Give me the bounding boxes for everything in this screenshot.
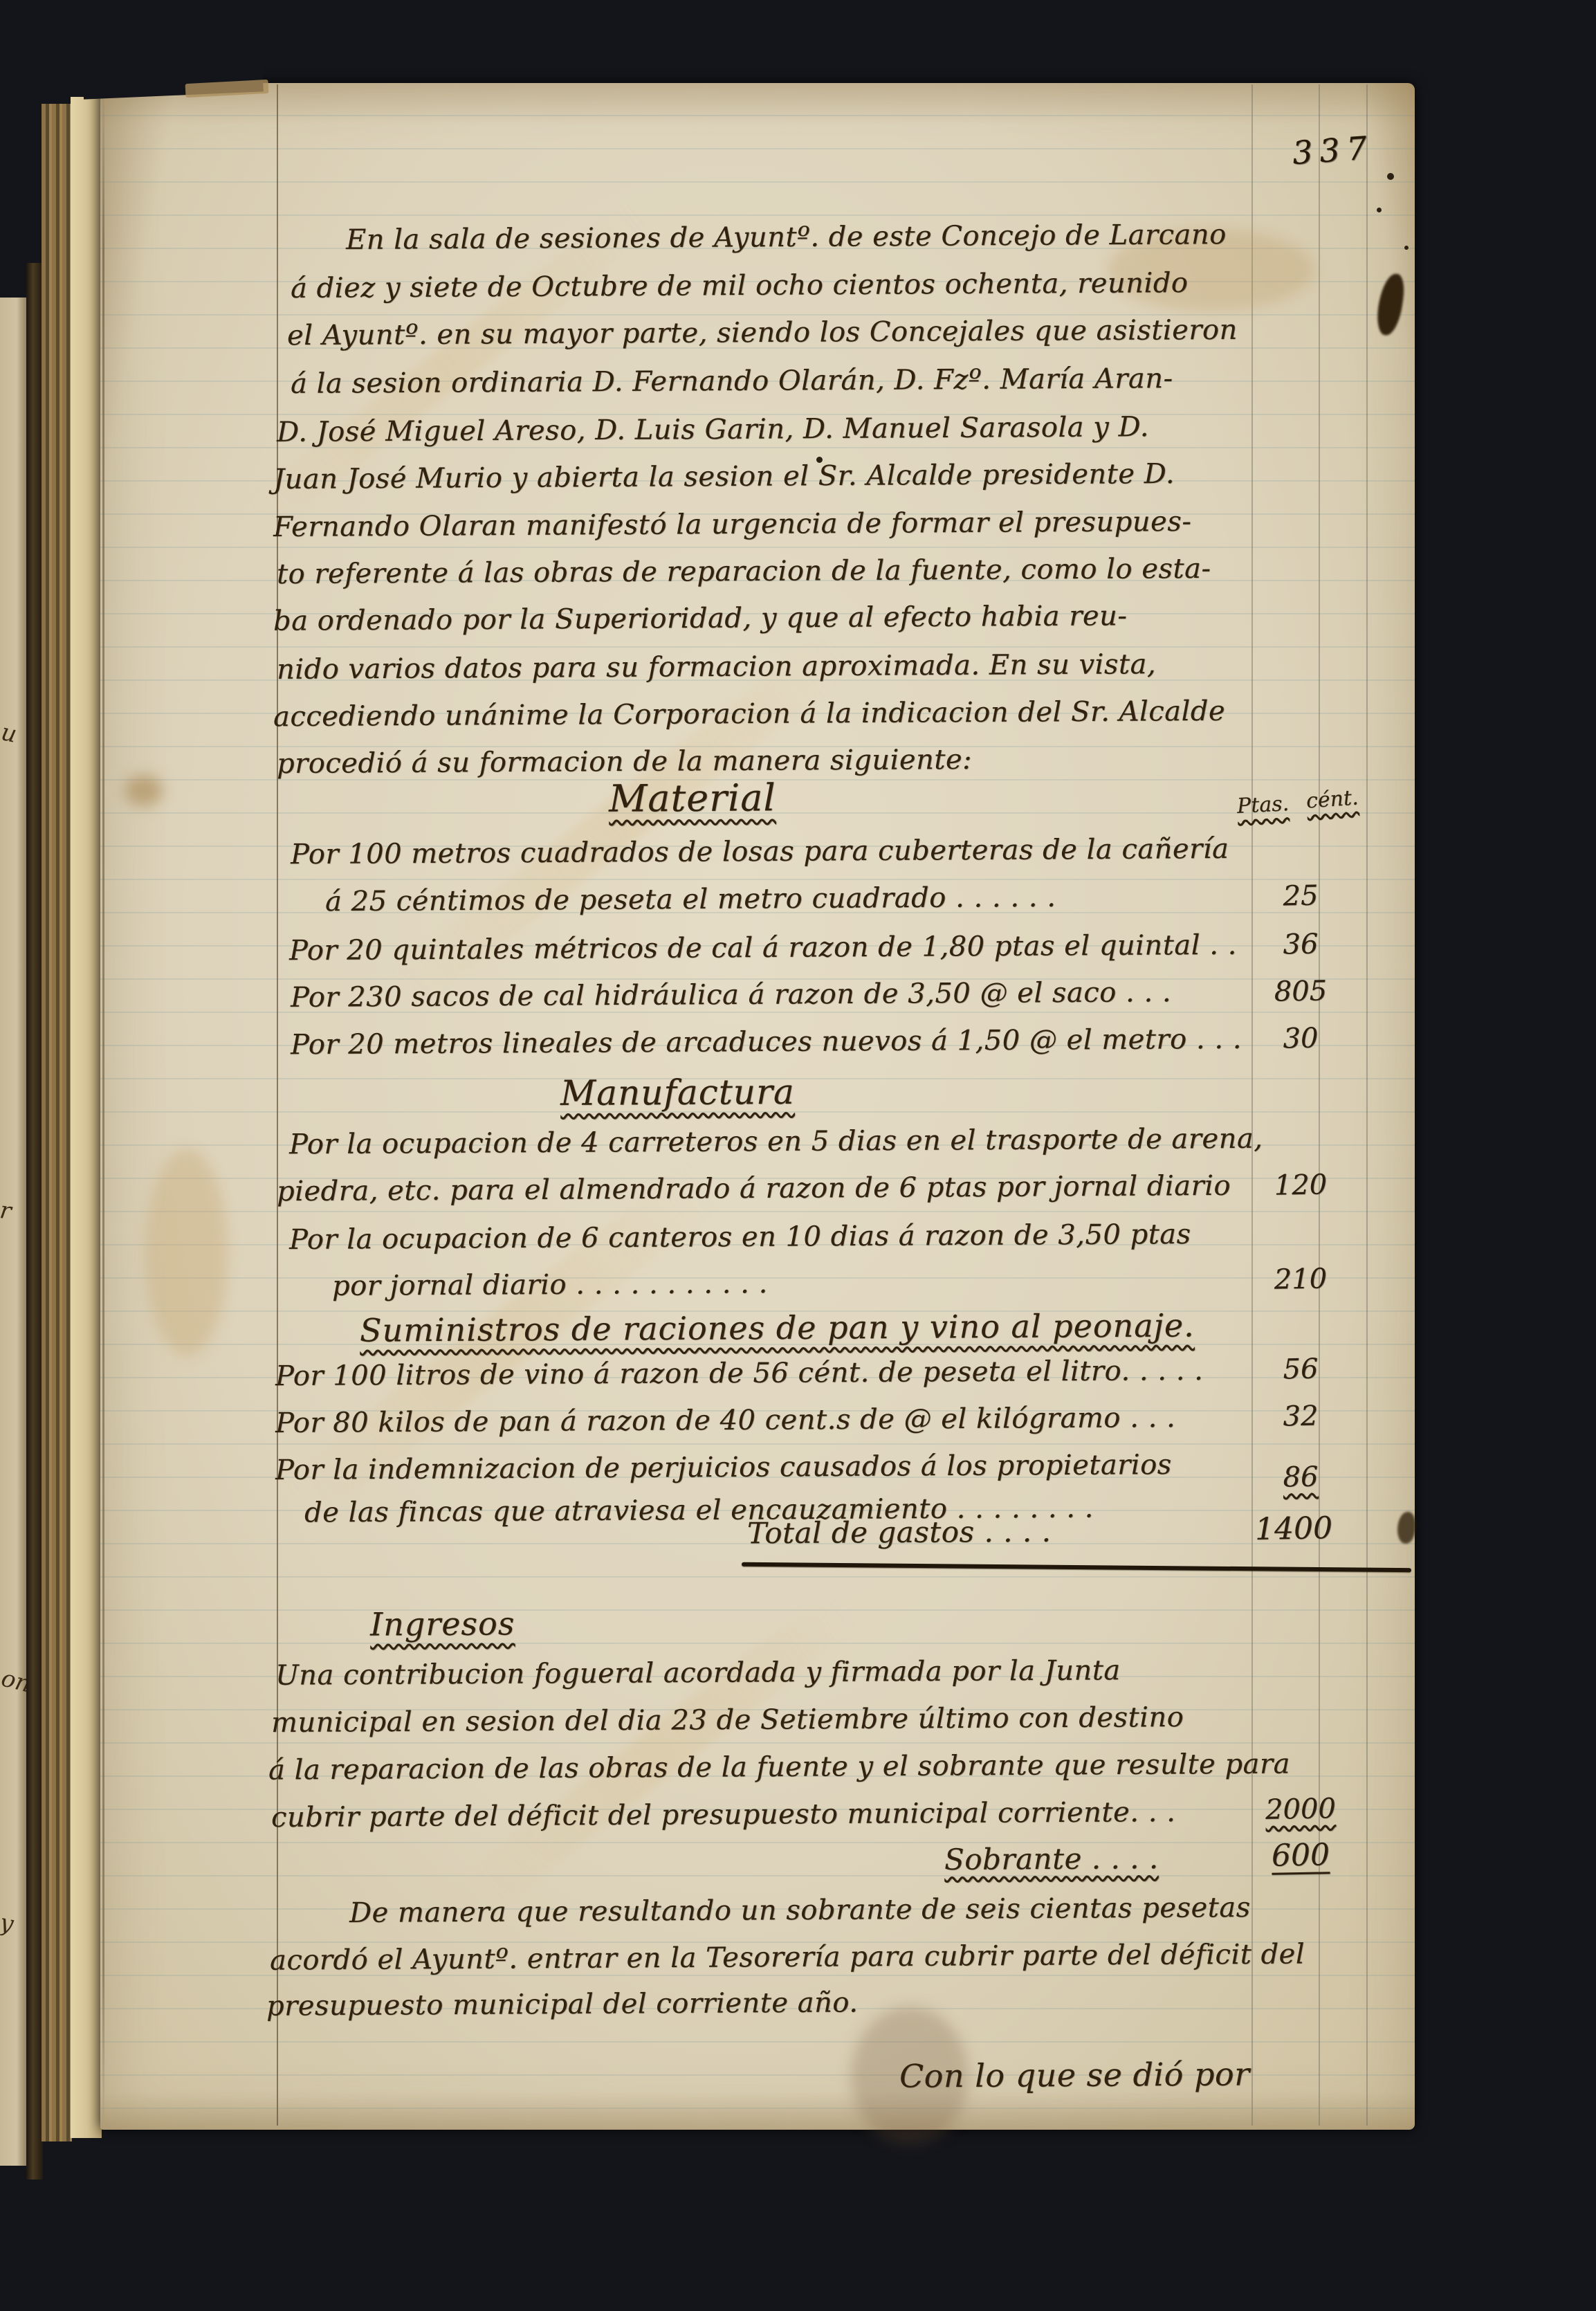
section-heading-material: Material (609, 776, 776, 820)
expense-amount: 30 (1256, 1022, 1346, 1055)
expense-amount: 120 (1256, 1169, 1346, 1202)
section-heading-ingresos: Ingresos (370, 1605, 515, 1643)
expense-line: Por 100 litros de vino á razon de 56 cén… (275, 1355, 1204, 1392)
manuscript-line: ba ordenado por la Superioridad, y que a… (273, 600, 1128, 637)
manuscript-scan: u r on y 337 Ptas. cént. En la sala de s… (0, 0, 1596, 2311)
money-column-rule-1 (1251, 84, 1253, 2126)
total-amount: 1400 (1235, 1510, 1353, 1548)
expense-line: Por la ocupacion de 6 canteros en 10 dia… (289, 1218, 1191, 1256)
section-heading-suministros: Suministros de raciones de pan y vino al… (360, 1306, 1195, 1349)
manuscript-line: nido varios datos para su formacion apro… (277, 648, 1156, 686)
expense-amount: 56 (1256, 1353, 1346, 1386)
binding-fold (26, 263, 43, 2180)
income-line: á la reparacion de las obras de la fuent… (268, 1748, 1290, 1786)
manuscript-line: Con lo que se dió por (899, 2055, 1250, 2094)
manuscript-line: to referente á las obras de reparacion d… (277, 553, 1211, 590)
manuscript-line: el Ayuntº. en su mayor parte, siendo los… (287, 314, 1238, 351)
income-line: cubrir parte del déficit del presupuesto… (271, 1796, 1176, 1834)
manuscript-line: De manera que resultando un sobrante de … (349, 1892, 1251, 1929)
gutter-crease (102, 83, 104, 2130)
expense-line: Por la indemnizacion de perjuicios causa… (275, 1449, 1172, 1486)
stain-spot (125, 775, 163, 806)
manuscript-line: Juan José Murio y abierta la sesion el S… (273, 458, 1175, 495)
manuscript-line: procedió á su formacion de la manera sig… (277, 744, 972, 780)
page-edges (42, 104, 72, 2141)
total-label: Total de gastos . . . . (747, 1515, 1052, 1551)
expense-line: Por 80 kilos de pan á razon de 40 cent.s… (275, 1402, 1175, 1439)
expense-line: Por 20 quintales métricos de cal á razon… (289, 929, 1237, 967)
manuscript-line: á la sesion ordinaria D. Fernando Olarán… (291, 363, 1173, 400)
manuscript-line: presupuesto municipal del corriente año. (266, 1986, 859, 2022)
column-header-pesetas: Ptas. (1236, 792, 1290, 819)
expense-amount: 210 (1256, 1263, 1346, 1296)
expense-amount: 25 (1256, 879, 1346, 913)
expense-line: Por 20 metros lineales de arcaduces nuev… (291, 1023, 1242, 1061)
expense-line: Por la ocupacion de 4 carreteros en 5 di… (289, 1123, 1263, 1161)
expense-line: á 25 céntimos de peseta el metro cuadrad… (325, 882, 1056, 917)
expense-amount: 36 (1256, 928, 1346, 961)
folio-number: 337 (1291, 129, 1375, 172)
expense-line: Por 100 metros cuadrados de losas para c… (291, 833, 1229, 870)
expense-line: por jornal diario . . . . . . . . . . . (332, 1268, 768, 1302)
column-header-centimos: cént. (1305, 785, 1359, 813)
ink-speck (1377, 208, 1382, 212)
manuscript-line: acordó el Ayuntº. entrar en la Tesorería… (270, 1938, 1305, 1976)
sobrante-amount: 600 (1256, 1837, 1346, 1874)
money-column-rule-3 (1366, 84, 1368, 2126)
section-heading-manufactura: Manufactura (560, 1072, 795, 1113)
expense-amount: 32 (1256, 1400, 1346, 1433)
ink-speck (1404, 246, 1409, 250)
income-line: municipal en sesion del dia 23 de Setiem… (271, 1701, 1184, 1739)
page-edges-highlight (71, 97, 102, 2138)
sobrante-label: Sobrante . . . . (944, 1841, 1159, 1876)
ink-speck (1387, 173, 1394, 180)
stain-patch (145, 1149, 228, 1356)
previous-page-sliver (0, 298, 28, 2166)
manuscript-line: á diez y siete de Octubre de mil ocho ci… (291, 267, 1189, 304)
manuscript-line: D. José Miguel Areso, D. Luis Garin, D. … (277, 411, 1149, 448)
income-amount: 2000 (1256, 1793, 1346, 1826)
manuscript-line: accediendo unánime la Corporacion á la i… (273, 695, 1225, 733)
expense-amount: 86 (1256, 1461, 1346, 1494)
income-line: Una contribucion fogueral acordada y fir… (275, 1654, 1121, 1691)
expense-line: Por 230 sacos de cal hidráulica á razon … (291, 976, 1171, 1014)
expense-amount: 805 (1256, 975, 1346, 1008)
manuscript-line: Fernando Olaran manifestó la urgencia de… (273, 506, 1192, 543)
manuscript-line: En la sala de sesiones de Ayuntº. de est… (346, 219, 1227, 256)
expense-line: piedra, etc. para el almendrado á razon … (277, 1170, 1231, 1207)
